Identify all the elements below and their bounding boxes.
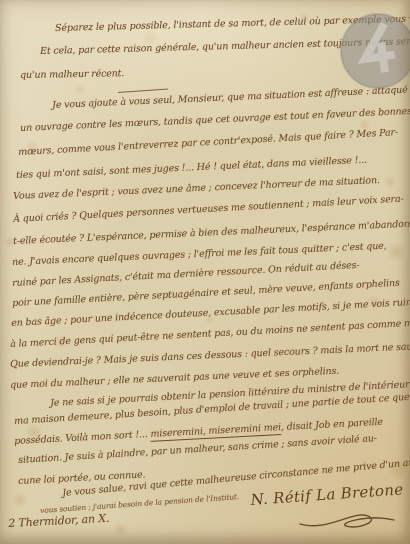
manuscript-line: ties qui m'ont saisi, sont mes juges !..… [16,156,367,181]
line-fragment: possédais. Voilà mon sort !... [14,429,151,447]
manuscript-line: mœurs, comme vous l'entreverrez par ce c… [18,128,398,157]
letter-photo: Séparez le plus possible, l'instant de s… [0,0,410,544]
manuscript-line: Je vous ajoute à vous seul, Monsieur, qu… [52,84,410,110]
watermark-glyph [361,23,397,75]
manuscript-line: qu'un malheur récent. [20,69,124,80]
line-fragment: , disait Job en pareille [281,417,383,433]
paragraph-separator [118,89,168,93]
manuscript-line: Séparez le plus possible, l'instant de s… [55,14,410,34]
signature: N. Rétif La Bretone [250,480,404,509]
latin-underlined-phrase: miseremini, miseremini mei [150,422,281,442]
date-line: 2 Thermidor, an X. [8,513,110,529]
signature-flourish [298,506,398,532]
manuscript-line: Et cela, par cette raison générale, qu'u… [40,37,410,56]
